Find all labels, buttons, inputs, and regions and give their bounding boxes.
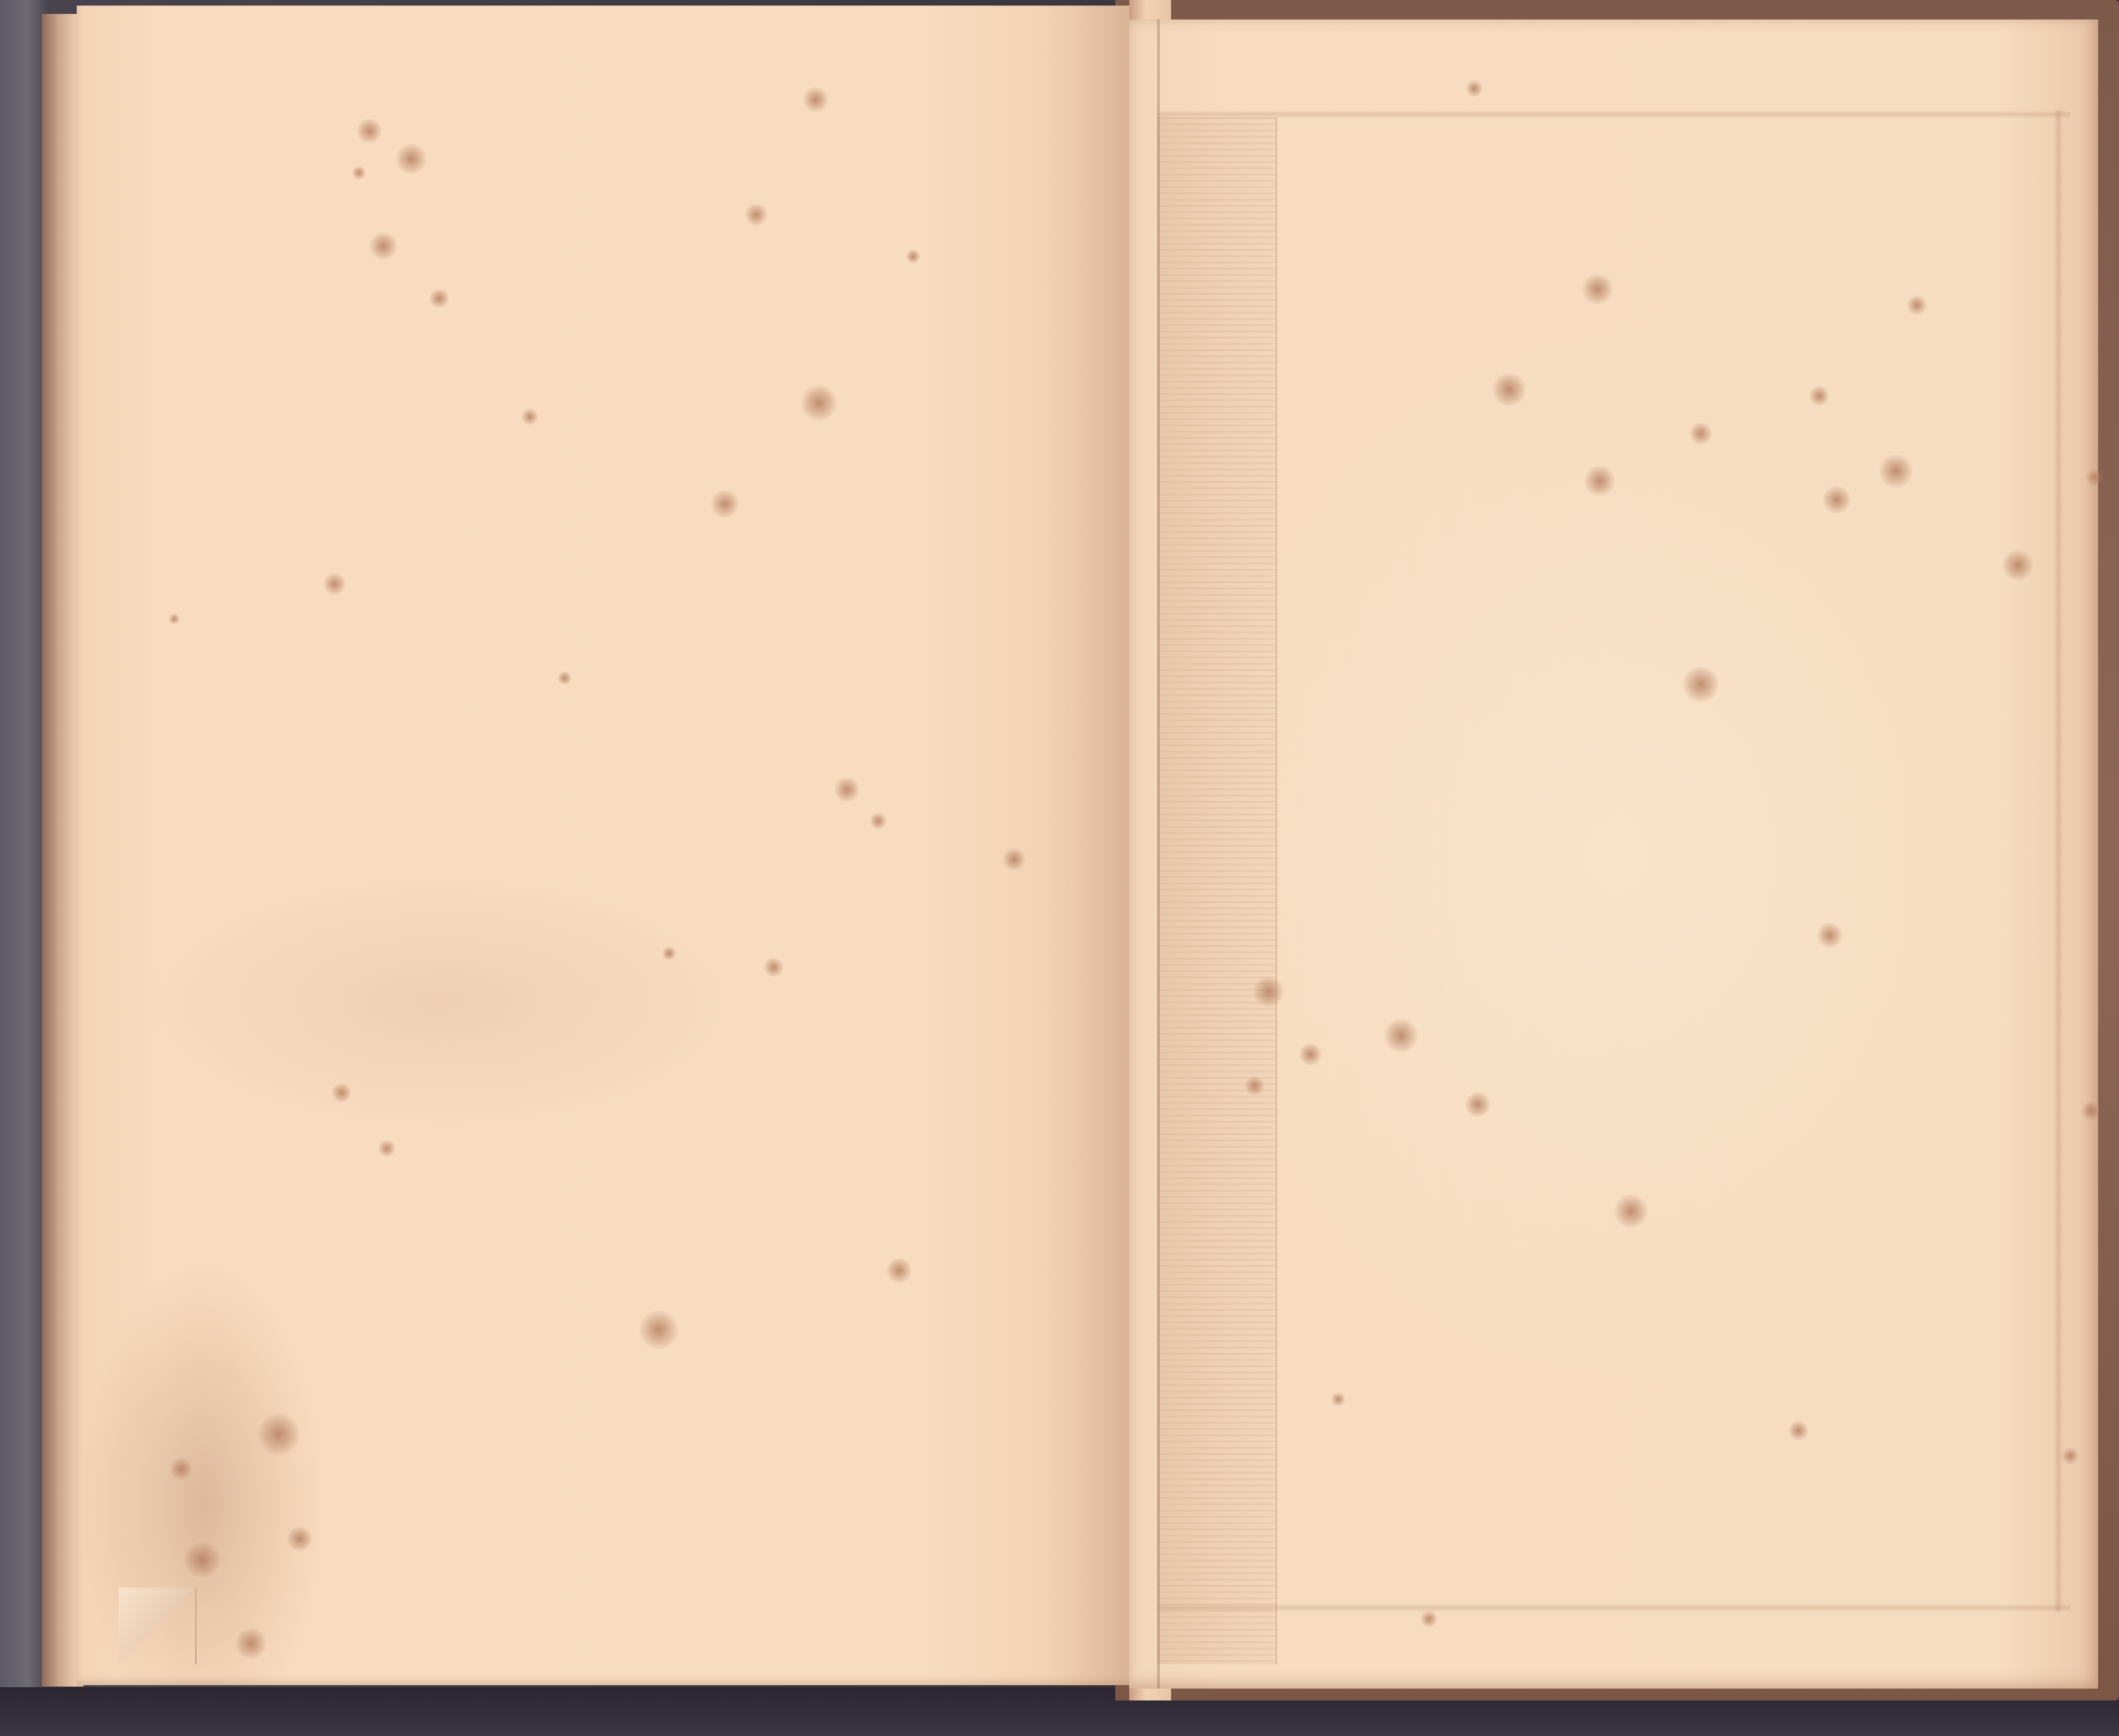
foxing-spot [870,813,887,829]
foxing-spot [2081,1101,2101,1121]
foxing-spot [170,1458,192,1480]
foxing-spot [1331,1392,1345,1406]
foxing-spot [1810,386,1829,406]
foxing-spot [332,1083,351,1103]
foxing-spot [369,232,397,260]
right-pastedown-page [1129,20,2098,1689]
foxing-spot [236,1628,266,1659]
foxing-spot [1492,373,1526,406]
foxing-spot [1466,80,1483,97]
foxing-spot [801,385,837,421]
foxing-spot [745,203,767,226]
foxing-spot [887,1258,912,1283]
foxing-spot [357,118,382,144]
folded-corner [118,1588,197,1664]
open-book [42,0,2119,1700]
foxing-spot [352,166,366,180]
gutter-shadow [1039,6,1136,1685]
foxing-spot [1465,1092,1490,1117]
foxing-spot [639,1310,678,1349]
hinge-cloth-strip [1157,117,1277,1664]
foxing-spot [1421,1611,1437,1627]
foxing-spot [521,408,538,425]
foxing-spot [1879,454,1913,488]
foxing-spot [1683,666,1719,702]
foxing-spot [1789,1421,1808,1441]
foxing-spot [1690,422,1712,445]
foxing-spot [287,1526,312,1551]
hinge-fold-line [1157,20,1160,1689]
foxing-spot [429,289,449,308]
foxing-spot [1384,1019,1418,1052]
cover-turn-in-bottom [1157,1604,2070,1612]
foxing-spot [1299,1043,1322,1066]
foxing-spot [662,946,676,960]
foxing-spot [558,671,572,685]
foxing-spot [1907,295,1927,315]
foxing-spot [378,1140,395,1157]
cover-turn-in-right [2053,110,2063,1612]
foxing-spot [258,1413,300,1455]
foxing-spot [184,1542,220,1578]
foxing-spot [1817,923,1842,948]
foxing-spot [1823,486,1851,514]
foxing-spot [1614,1195,1648,1228]
foxing-spot [834,777,859,802]
cover-turn-in-top [1157,110,2070,118]
foxing-spot [396,144,427,174]
left-flyleaf-page [77,6,1136,1685]
foxing-spot [169,613,180,624]
foxing-spot [1582,274,1613,305]
foxing-spot [2003,550,2033,581]
foxing-spot [1003,848,1025,870]
foxing-spot [711,490,739,518]
foxing-spot [2062,1447,2079,1464]
foxing-spot [1584,466,1615,496]
foxing-spot [764,958,783,977]
foxing-spot [906,249,920,263]
foxing-spot [803,87,828,112]
foxing-spot [323,573,346,595]
